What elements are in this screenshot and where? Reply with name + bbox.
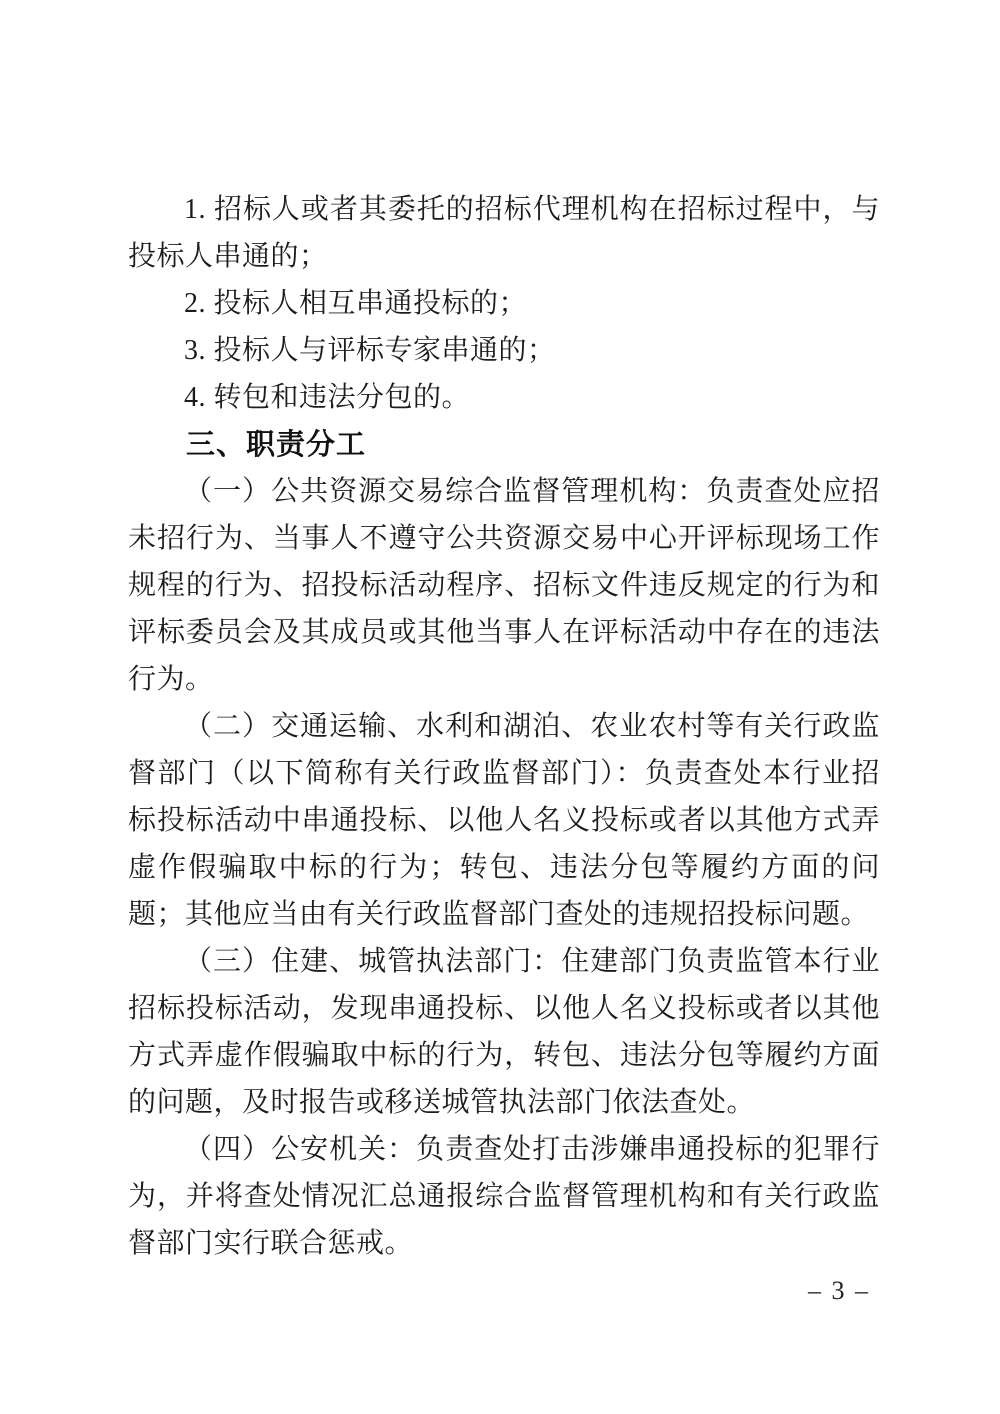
paragraph-4: （四）公安机关：负责查处打击涉嫌串通投标的犯罪行为，并将查处情况汇总通报综合监督… — [128, 1126, 880, 1267]
section-heading: 三、职责分工 — [128, 421, 880, 468]
document-body: 1. 招标人或者其委托的招标代理机构在招标过程中，与投标人串通的； 2. 投标人… — [128, 186, 880, 1267]
paragraph-3: （三）住建、城管执法部门：住建部门负责监管本行业招标投标活动，发现串通投标、以他… — [128, 938, 880, 1126]
list-item-2: 2. 投标人相互串通投标的； — [128, 280, 880, 327]
list-item-1: 1. 招标人或者其委托的招标代理机构在招标过程中，与投标人串通的； — [128, 186, 880, 280]
page-number: – 3 – — [808, 1276, 870, 1306]
list-item-4: 4. 转包和违法分包的。 — [128, 374, 880, 421]
document-page: 1. 招标人或者其委托的招标代理机构在招标过程中，与投标人串通的； 2. 投标人… — [0, 0, 1000, 1414]
paragraph-2: （二）交通运输、水利和湖泊、农业农村等有关行政监督部门（以下简称有关行政监督部门… — [128, 703, 880, 938]
paragraph-1: （一）公共资源交易综合监督管理机构：负责查处应招未招行为、当事人不遵守公共资源交… — [128, 468, 880, 703]
list-item-3: 3. 投标人与评标专家串通的； — [128, 327, 880, 374]
